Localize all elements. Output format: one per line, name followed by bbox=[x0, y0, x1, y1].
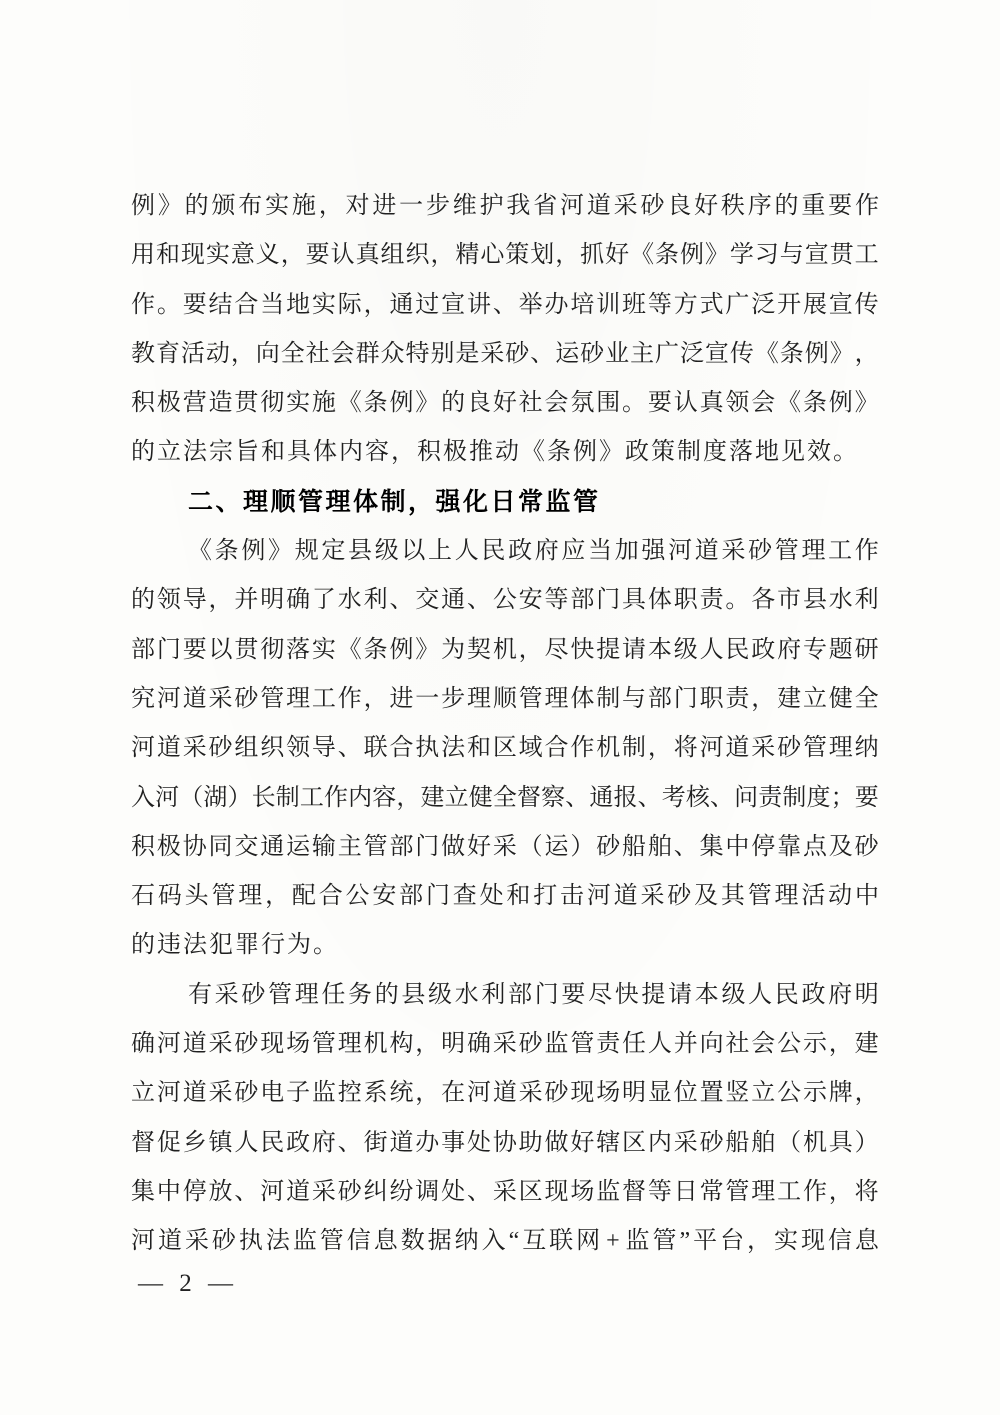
text-line: 作。要结合当地实际，通过宣讲、举办培训班等方式广泛开展宣传 bbox=[131, 281, 879, 330]
text-line: 教育活动，向全社会群众特别是采砂、运砂业主广泛宣传《条例》， bbox=[131, 330, 879, 379]
text-line: 《条例》规定县级以上人民政府应当加强河道采砂管理工作 bbox=[131, 527, 879, 576]
paragraph: 《条例》规定县级以上人民政府应当加强河道采砂管理工作的领导，并明确了水利、交通、… bbox=[131, 527, 879, 971]
section-heading: 二、理顺管理体制，强化日常监管 bbox=[131, 478, 879, 527]
document-body: 例》的颁布实施，对进一步维护我省河道采砂良好秩序的重要作用和现实意义，要认真组织… bbox=[131, 182, 879, 1267]
text-line: 用和现实意义，要认真组织，精心策划，抓好《条例》学习与宣贯工 bbox=[131, 231, 879, 280]
text-line: 积极营造贯彻实施《条例》的良好社会氛围。要认真领会《条例》 bbox=[131, 379, 879, 428]
paragraph: 例》的颁布实施，对进一步维护我省河道采砂良好秩序的重要作用和现实意义，要认真组织… bbox=[131, 182, 879, 478]
document-page: 例》的颁布实施，对进一步维护我省河道采砂良好秩序的重要作用和现实意义，要认真组织… bbox=[0, 0, 1000, 1415]
text-line: 石码头管理，配合公安部门查处和打击河道采砂及其管理活动中 bbox=[131, 872, 879, 921]
text-line: 河道采砂组织领导、联合执法和区域合作机制，将河道采砂管理纳 bbox=[131, 724, 879, 773]
text-line: 确河道采砂现场管理机构，明确采砂监管责任人并向社会公示，建 bbox=[131, 1020, 879, 1069]
text-line: 有采砂管理任务的县级水利部门要尽快提请本级人民政府明 bbox=[131, 971, 879, 1020]
text-line: 究河道采砂管理工作，进一步理顺管理体制与部门职责，建立健全 bbox=[131, 675, 879, 724]
text-line: 集中停放、河道采砂纠纷调处、采区现场监督等日常管理工作，将 bbox=[131, 1168, 879, 1217]
text-line: 例》的颁布实施，对进一步维护我省河道采砂良好秩序的重要作 bbox=[131, 182, 879, 231]
text-line: 的立法宗旨和具体内容，积极推动《条例》政策制度落地见效。 bbox=[131, 428, 879, 477]
text-line: 部门要以贯彻落实《条例》为契机，尽快提请本级人民政府专题研 bbox=[131, 626, 879, 675]
text-line: 入河（湖）长制工作内容，建立健全督察、通报、考核、问责制度；要 bbox=[131, 774, 879, 823]
text-line: 督促乡镇人民政府、街道办事处协助做好辖区内采砂船舶（机具） bbox=[131, 1119, 879, 1168]
text-line: 河道采砂执法监管信息数据纳入“互联网 + 监管”平台，实现信息 bbox=[131, 1217, 879, 1266]
text-line: 二、理顺管理体制，强化日常监管 bbox=[131, 478, 879, 527]
text-line: 的违法犯罪行为。 bbox=[131, 921, 879, 970]
text-line: 积极协同交通运输主管部门做好采（运）砂船舶、集中停靠点及砂 bbox=[131, 823, 879, 872]
page-number: — 2 — bbox=[138, 1264, 238, 1304]
text-line: 的领导，并明确了水利、交通、公安等部门具体职责。各市县水利 bbox=[131, 576, 879, 625]
text-line: 立河道采砂电子监控系统，在河道采砂现场明显位置竖立公示牌， bbox=[131, 1069, 879, 1118]
paragraph: 有采砂管理任务的县级水利部门要尽快提请本级人民政府明确河道采砂现场管理机构，明确… bbox=[131, 971, 879, 1267]
